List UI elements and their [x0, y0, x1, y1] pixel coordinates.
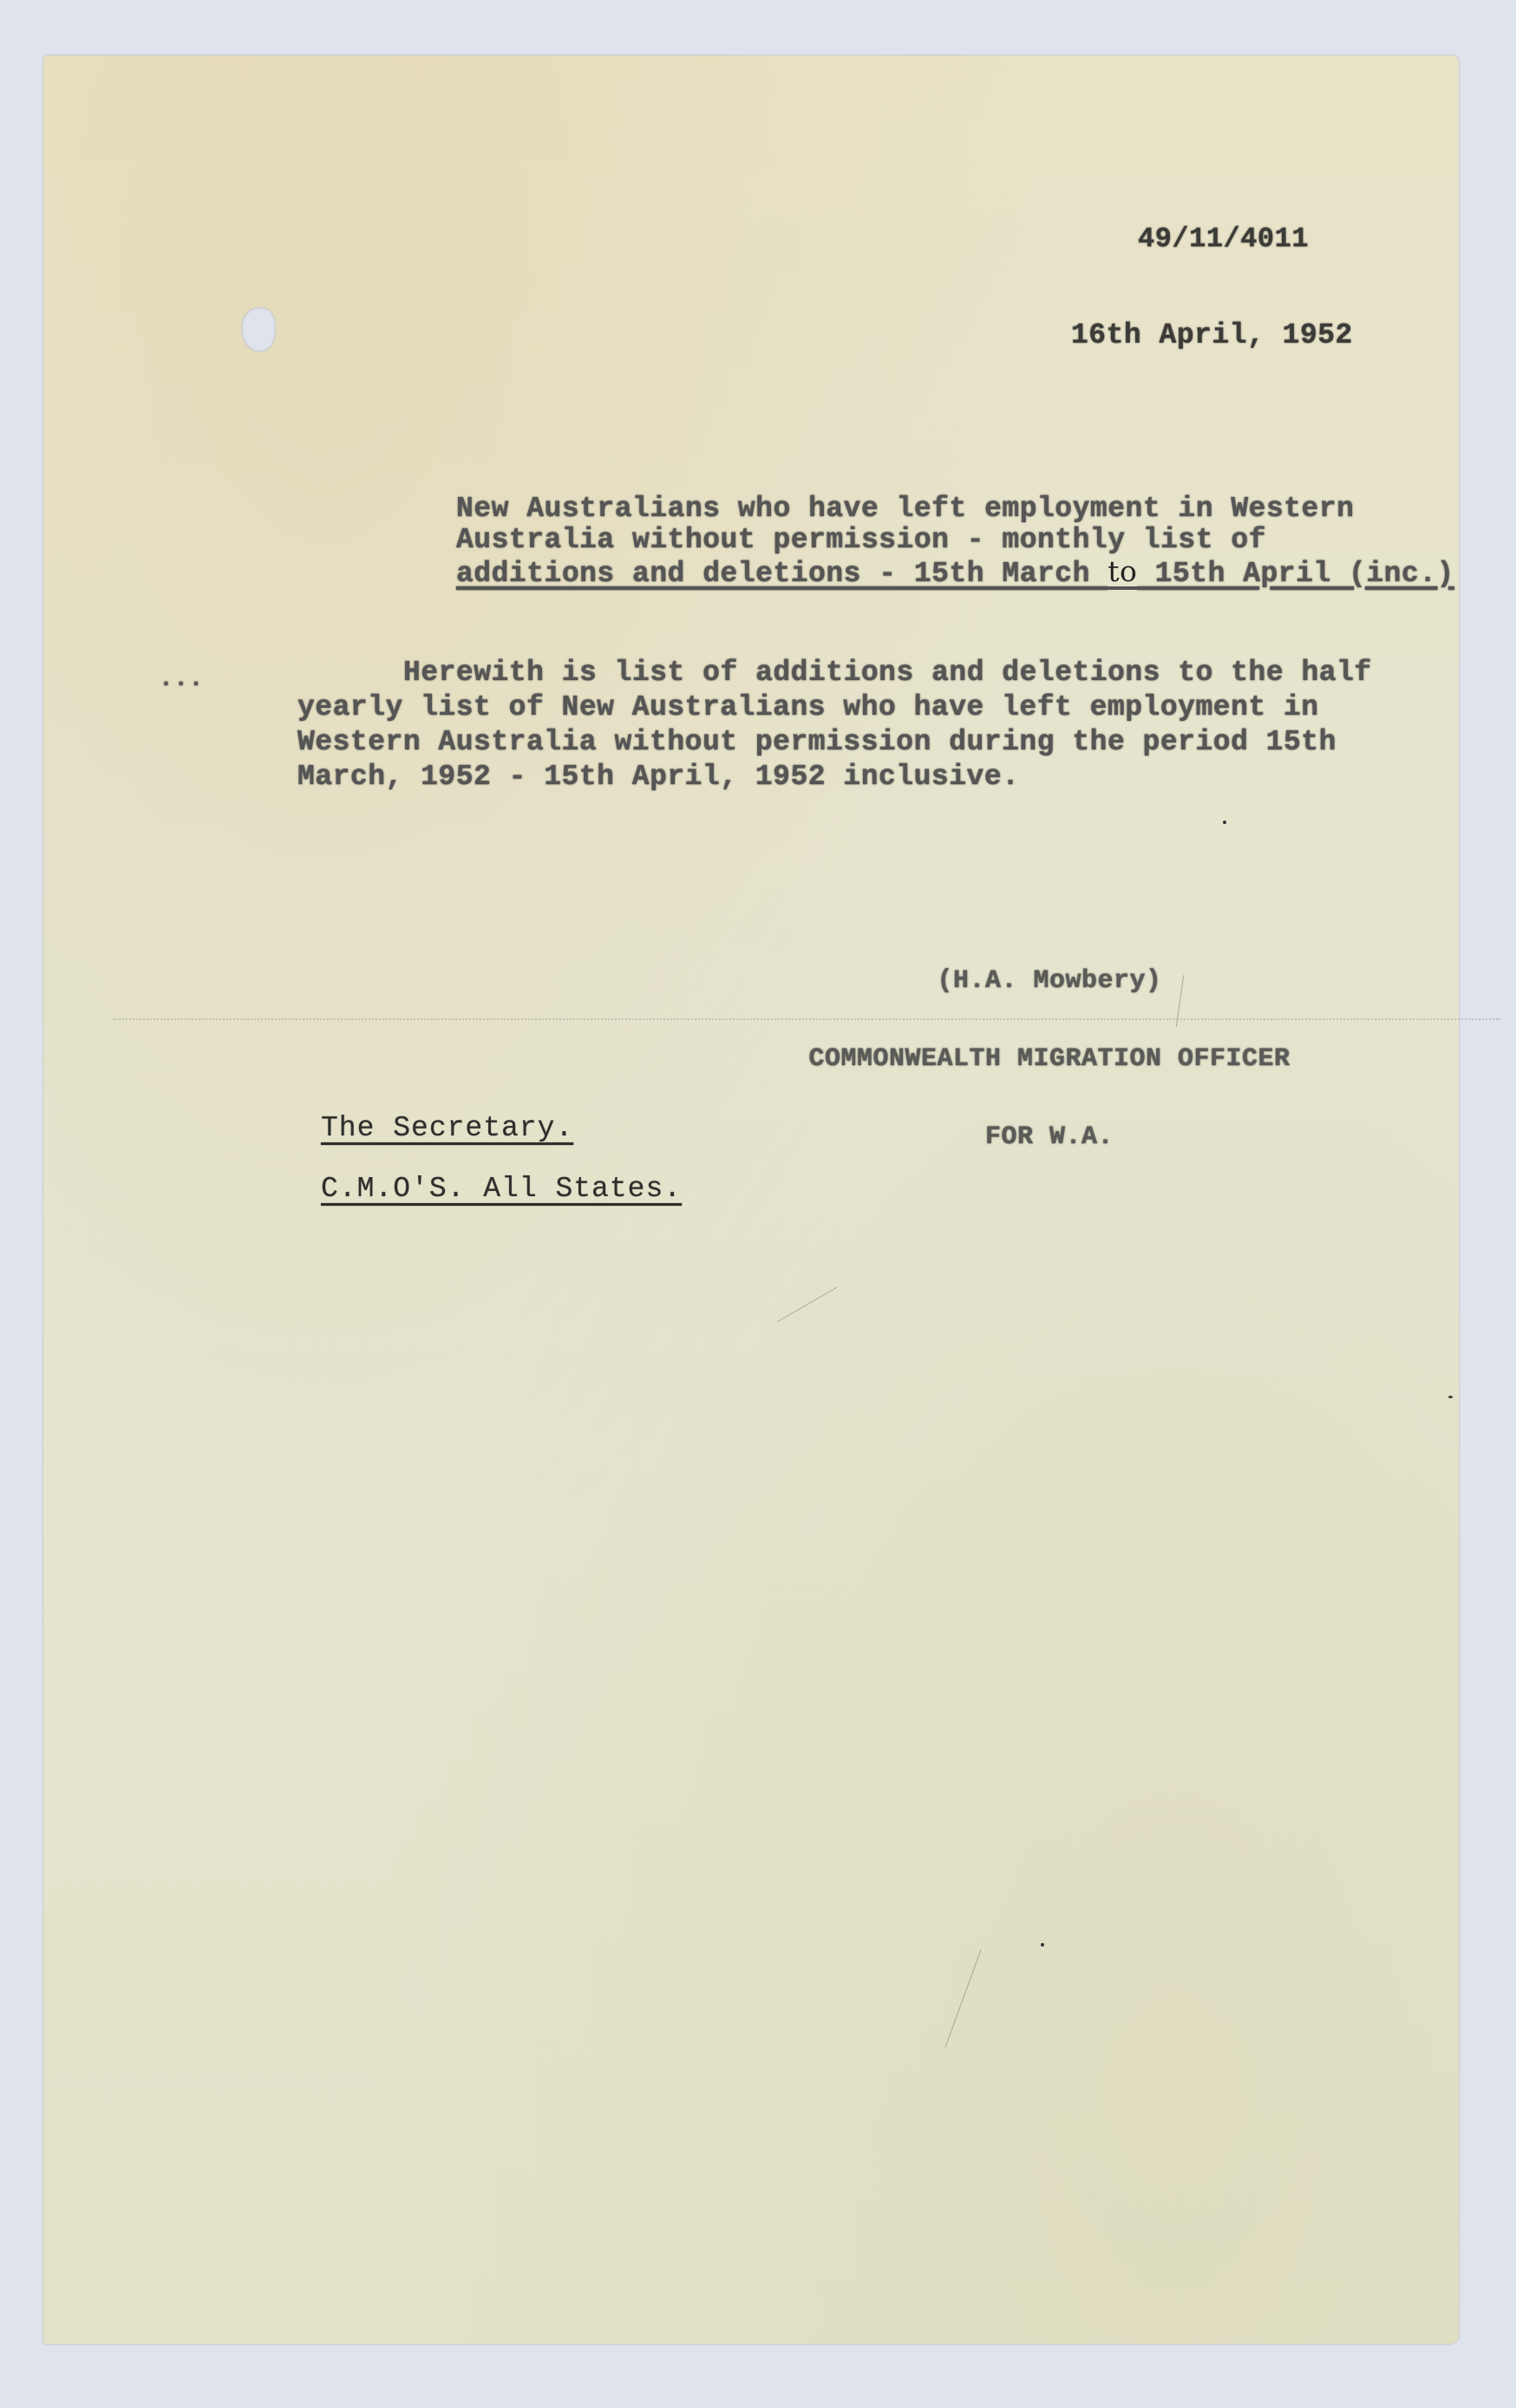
- ink-speck: [1448, 1396, 1453, 1398]
- signatory-title: COMMONWEALTH MIGRATION OFFICER: [781, 1046, 1318, 1072]
- ink-speck: [1041, 1943, 1044, 1947]
- signature-block: (H.A. Mowbery) COMMONWEALTH MIGRATION OF…: [781, 916, 1318, 1202]
- body-line-3: Western Australia without permission dur…: [297, 725, 1372, 760]
- document-date: 16th April, 1952: [1071, 318, 1353, 353]
- subject-line-1: New Australians who have left employment…: [456, 494, 1454, 525]
- addressee-secretary: The Secretary.: [321, 1112, 573, 1144]
- signatory-name: (H.A. Mowbery): [781, 968, 1318, 994]
- body-line-4: March, 1952 - 15th April, 1952 inclusive…: [297, 760, 1372, 795]
- enclosure-marker: ...: [159, 663, 204, 697]
- subject-line-3-end: 15th April (inc.): [1137, 558, 1454, 590]
- subject-line-3: additions and deletions - 15th March to …: [456, 556, 1454, 590]
- addressee-cmos: C.M.O'S. All States.: [321, 1173, 682, 1205]
- document-page: 49/11/4011 16th April, 1952 New Australi…: [43, 56, 1459, 2344]
- handwritten-annotation: to: [1108, 554, 1137, 588]
- subject-heading: New Australians who have left employment…: [456, 494, 1454, 590]
- body-line-1: Herewith is list of additions and deleti…: [297, 656, 1372, 690]
- body-paragraph: Herewith is list of additions and deleti…: [297, 656, 1372, 795]
- paper-tear: [241, 307, 276, 352]
- signatory-region: FOR W.A.: [781, 1124, 1318, 1150]
- subject-line-3-start: additions and deletions - 15th March: [456, 558, 1108, 590]
- reference-number: 49/11/4011: [1138, 222, 1309, 257]
- pencil-mark: [777, 1287, 838, 1323]
- ink-speck: [1223, 821, 1226, 824]
- pencil-mark: [945, 1949, 982, 2047]
- subject-line-2: Australia without permission - monthly l…: [456, 525, 1454, 556]
- body-line-2: yearly list of New Australians who have …: [297, 690, 1372, 725]
- fold-line: [113, 1018, 1500, 1020]
